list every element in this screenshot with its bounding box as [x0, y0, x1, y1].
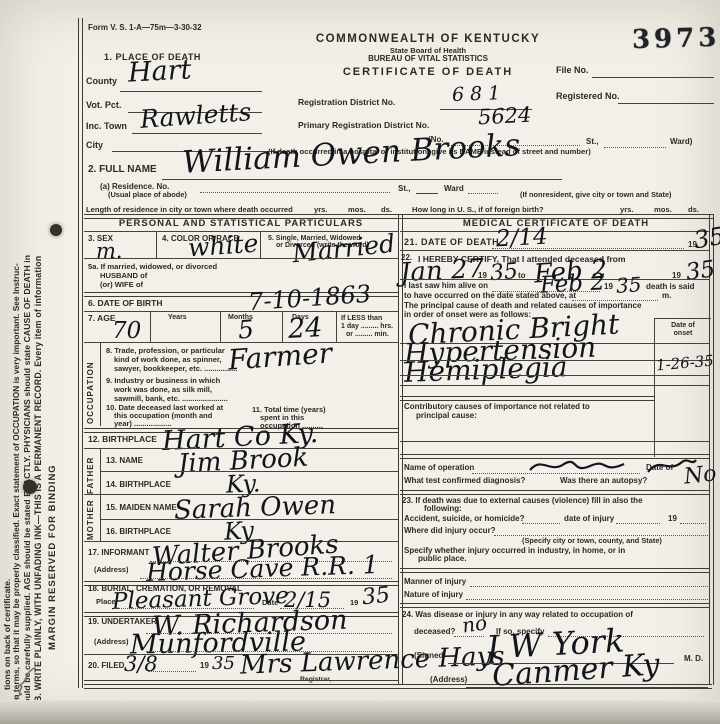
- full-name-line: [162, 179, 562, 180]
- personal-section-title: PERSONAL AND STATISTICAL PARTICULARS: [86, 219, 396, 229]
- from-year-value: 35: [489, 261, 519, 285]
- test-confirmed-label: What test confirmed diagnosis?: [404, 477, 525, 486]
- primary-district-value: 5624: [477, 105, 531, 129]
- dob-label: 6. DATE OF BIRTH: [88, 299, 162, 308]
- burial-19-label: 19: [350, 599, 358, 607]
- onset-header-line1: Date of: [656, 322, 710, 330]
- onset-box-top-rule: [654, 318, 711, 319]
- accident-label: Accident, suicide, or homicide?: [404, 515, 524, 524]
- to-year-value: 35: [685, 258, 717, 285]
- right-edge-rule: [709, 215, 714, 685]
- mother-side-divider: [100, 494, 101, 541]
- county-value: Hart: [127, 56, 192, 86]
- st-line: [604, 147, 666, 148]
- item24-label: 24. Was disease or injury in any way rel…: [402, 611, 633, 620]
- age-months-value: 5: [237, 316, 255, 342]
- manner-injury-label: Manner of injury: [404, 578, 466, 587]
- item23-line2: following:: [424, 505, 462, 514]
- operation-scrawl-icon: [528, 452, 698, 478]
- cause-line3: Hemiplegia: [404, 353, 568, 387]
- physician-address-label: (Address): [430, 676, 467, 685]
- informant-label: 17. INFORMANT: [88, 549, 149, 558]
- wife-of-label: (or) WIFE of: [100, 281, 143, 289]
- res-ward-label: Ward: [444, 185, 464, 194]
- last-saw-19-label: 19: [604, 283, 613, 292]
- inc-town-value: Rawletts: [139, 99, 252, 132]
- dod-year-value: 35: [692, 224, 720, 253]
- onset-box-divider: [654, 318, 655, 457]
- race-marital-divider: [260, 232, 261, 258]
- occupation-value: Farmer: [227, 339, 333, 374]
- onset-date-value: 1-26-35: [655, 354, 714, 374]
- father-side-label: FATHER: [86, 450, 95, 494]
- item9-line3: sawmill, bank, etc. ....................…: [114, 395, 228, 403]
- cause-rule4: [400, 385, 710, 386]
- bureau-subtitle: BUREAU OF VITAL STATISTICS: [288, 55, 568, 64]
- burial-date-label: Date: [262, 599, 278, 607]
- nature-bottom-rule: [400, 603, 710, 608]
- injury-date-label: date of injury: [564, 515, 614, 524]
- inc-town-label: Inc. Town: [86, 122, 127, 132]
- cause-rule3: [400, 375, 710, 376]
- dob-bottom-rule: [84, 311, 399, 312]
- onset-header-line2: onset: [656, 330, 710, 338]
- birthplace-label: 12. BIRTHPLACE: [88, 435, 157, 444]
- scan-edge-shadow: [0, 700, 720, 724]
- filed-bottom-rule: [84, 680, 399, 685]
- filed-year-value: 35: [212, 655, 235, 673]
- county-label: County: [86, 77, 117, 87]
- injury-19-label: 19: [668, 515, 677, 524]
- age-col2-divider: [220, 312, 221, 342]
- dod-rule: [492, 248, 684, 249]
- specify-bottom-rule: [400, 568, 710, 573]
- nonresident-note: (If nonresident, give city or town and S…: [520, 191, 672, 199]
- reg-district-value: 681: [452, 84, 507, 105]
- res-ward-line: [468, 193, 498, 194]
- file-no-label: File No.: [556, 66, 589, 76]
- if-less-line2: 1 day ......... hrs.: [341, 323, 393, 331]
- specify-line2: public place.: [418, 555, 466, 564]
- nature-injury-label: Nature of injury: [404, 591, 463, 600]
- last-saw-year-value: 35: [615, 274, 642, 296]
- margin-nb-line3: plain terms, so that it may be properly …: [11, 24, 21, 714]
- autopsy-label: Was there an autopsy?: [560, 477, 647, 486]
- father-bp-label: 14. BIRTHPLACE: [106, 481, 171, 490]
- if-less-line1: If LESS than: [341, 315, 382, 323]
- form-number: Form V. S. 1-A—75m—3-30-32: [88, 24, 202, 33]
- st-label: St.,: [586, 138, 598, 147]
- margin-nb-line4: tions on back of certificate.: [2, 430, 12, 690]
- item8-line1: 8. Trade, profession, or particular: [106, 347, 225, 355]
- item8-line3: sawyer, bookkeeper, etc. ...............…: [114, 365, 237, 373]
- dob-value: 7-10-1863: [247, 282, 371, 315]
- injury-19-rule: [680, 523, 706, 524]
- reg-district-label: Registration District No.: [298, 98, 395, 107]
- contributory-line2: principal cause:: [416, 412, 477, 421]
- row3-bottom-rule: [84, 258, 399, 259]
- mother-side-label: MOTHER: [86, 496, 95, 540]
- injury-date-rule: [616, 523, 660, 524]
- registered-no-line: [618, 103, 714, 104]
- county-line: [120, 91, 262, 92]
- file-no-line: [592, 77, 714, 78]
- accident-rule: [522, 523, 560, 524]
- deceased-value: no: [461, 612, 488, 635]
- father-name-label: 13. NAME: [106, 457, 143, 466]
- filed-label: 20. FILED: [88, 662, 124, 671]
- physician-address-rule: [466, 687, 708, 688]
- informant-address-label: (Address): [94, 566, 129, 574]
- registered-no-label: Registered No.: [556, 92, 620, 102]
- undertaker-address-label: (Address): [94, 638, 129, 646]
- age-col4-divider: [336, 312, 337, 342]
- where-injury-label: Where did injury occur?: [404, 527, 496, 536]
- medical-title-rule: [400, 231, 710, 232]
- nature-injury-rule: [466, 599, 708, 600]
- vot-pct-label: Vot. Pct.: [86, 101, 121, 111]
- autopsy-bottom-rule: [400, 490, 710, 495]
- occurred-label: to have occurred on the date stated abov…: [404, 292, 576, 301]
- hole-punch-bottom: [23, 480, 37, 494]
- item9-line2: work was done, as silk mill,: [114, 386, 212, 394]
- registrar-signature: Mrs Lawrence Hays: [240, 643, 505, 678]
- operation-label: Name of operation: [404, 464, 474, 473]
- city-label: City: [86, 141, 103, 151]
- signed-label: (Signed: [414, 652, 443, 661]
- deceased-q-label: deceased?: [414, 628, 455, 637]
- age-col3-divider: [282, 312, 283, 342]
- informant-address-rule: [140, 578, 392, 579]
- undertaker-label: 19. UNDERTAKER: [88, 618, 157, 627]
- ward-label: Ward): [670, 138, 692, 147]
- if-less-line3: or ......... min.: [346, 331, 389, 339]
- margin-nb-line1: N. B. WRITE PLAINLY, WITH UNFADING INK—T…: [33, 24, 43, 714]
- sex-race-divider: [156, 232, 157, 258]
- age-col1-divider: [150, 312, 151, 342]
- margin-divider-rule: [78, 18, 83, 688]
- filed-19-label: 19: [200, 662, 209, 671]
- last-saw-label: I last saw him alive on: [404, 282, 488, 291]
- md-label: M. D.: [684, 655, 703, 664]
- commonwealth-title: COMMONWEALTH OF KENTUCKY: [288, 33, 568, 46]
- primary-district-label: Primary Registration District No.: [298, 121, 429, 130]
- dod-bottom-rule: [400, 250, 710, 251]
- manner-injury-rule: [470, 586, 708, 587]
- res-st-line: [416, 193, 438, 194]
- m-label: m.: [662, 292, 671, 301]
- occupation-side-divider: [100, 342, 101, 426]
- file-number-stamp: 3973: [632, 23, 720, 55]
- age-years-label: Years: [168, 314, 187, 322]
- contributory-rule1: [400, 441, 710, 442]
- specify-city-note: (Specify city or town, county, and State…: [522, 537, 662, 545]
- mother-name-label: 15. MAIDEN NAME: [106, 504, 177, 513]
- residence-line: [200, 192, 390, 193]
- inc-town-line: [132, 133, 262, 134]
- autopsy-value: No: [683, 463, 718, 488]
- margin-nb-line2: should be carefully supplied. AGE should…: [22, 24, 32, 714]
- filed-date-rule: [148, 671, 196, 672]
- dod-label: 21. DATE OF DEATH: [404, 238, 499, 248]
- burial-year-value: 35: [361, 585, 391, 610]
- full-name-label: 2. FULL NAME: [88, 164, 157, 175]
- hole-punch-top: [50, 224, 62, 236]
- occupation-side-label: OCCUPATION: [86, 348, 95, 424]
- item8-line2: kind of work done, as spinner,: [114, 356, 222, 364]
- death-certificate-page: MARGIN RESERVED FOR BINDING N. B. WRITE …: [0, 0, 720, 724]
- cause-bottom-rule: [400, 396, 654, 401]
- item9-line1: 9. Industry or business in which: [106, 377, 220, 385]
- abode-note: (Usual place of abode): [108, 191, 187, 199]
- full-name-value: William Owen Brooks: [181, 130, 521, 179]
- race-value: white: [187, 231, 259, 261]
- medical-section-title: MEDICAL CERTIFICATE OF DEATH: [402, 219, 710, 229]
- res-st-label: St.,: [398, 185, 410, 194]
- certificate-title: CERTIFICATE OF DEATH: [288, 66, 568, 78]
- age-years-value: 70: [112, 320, 141, 343]
- mother-bp-label: 16. BIRTHPLACE: [106, 528, 171, 537]
